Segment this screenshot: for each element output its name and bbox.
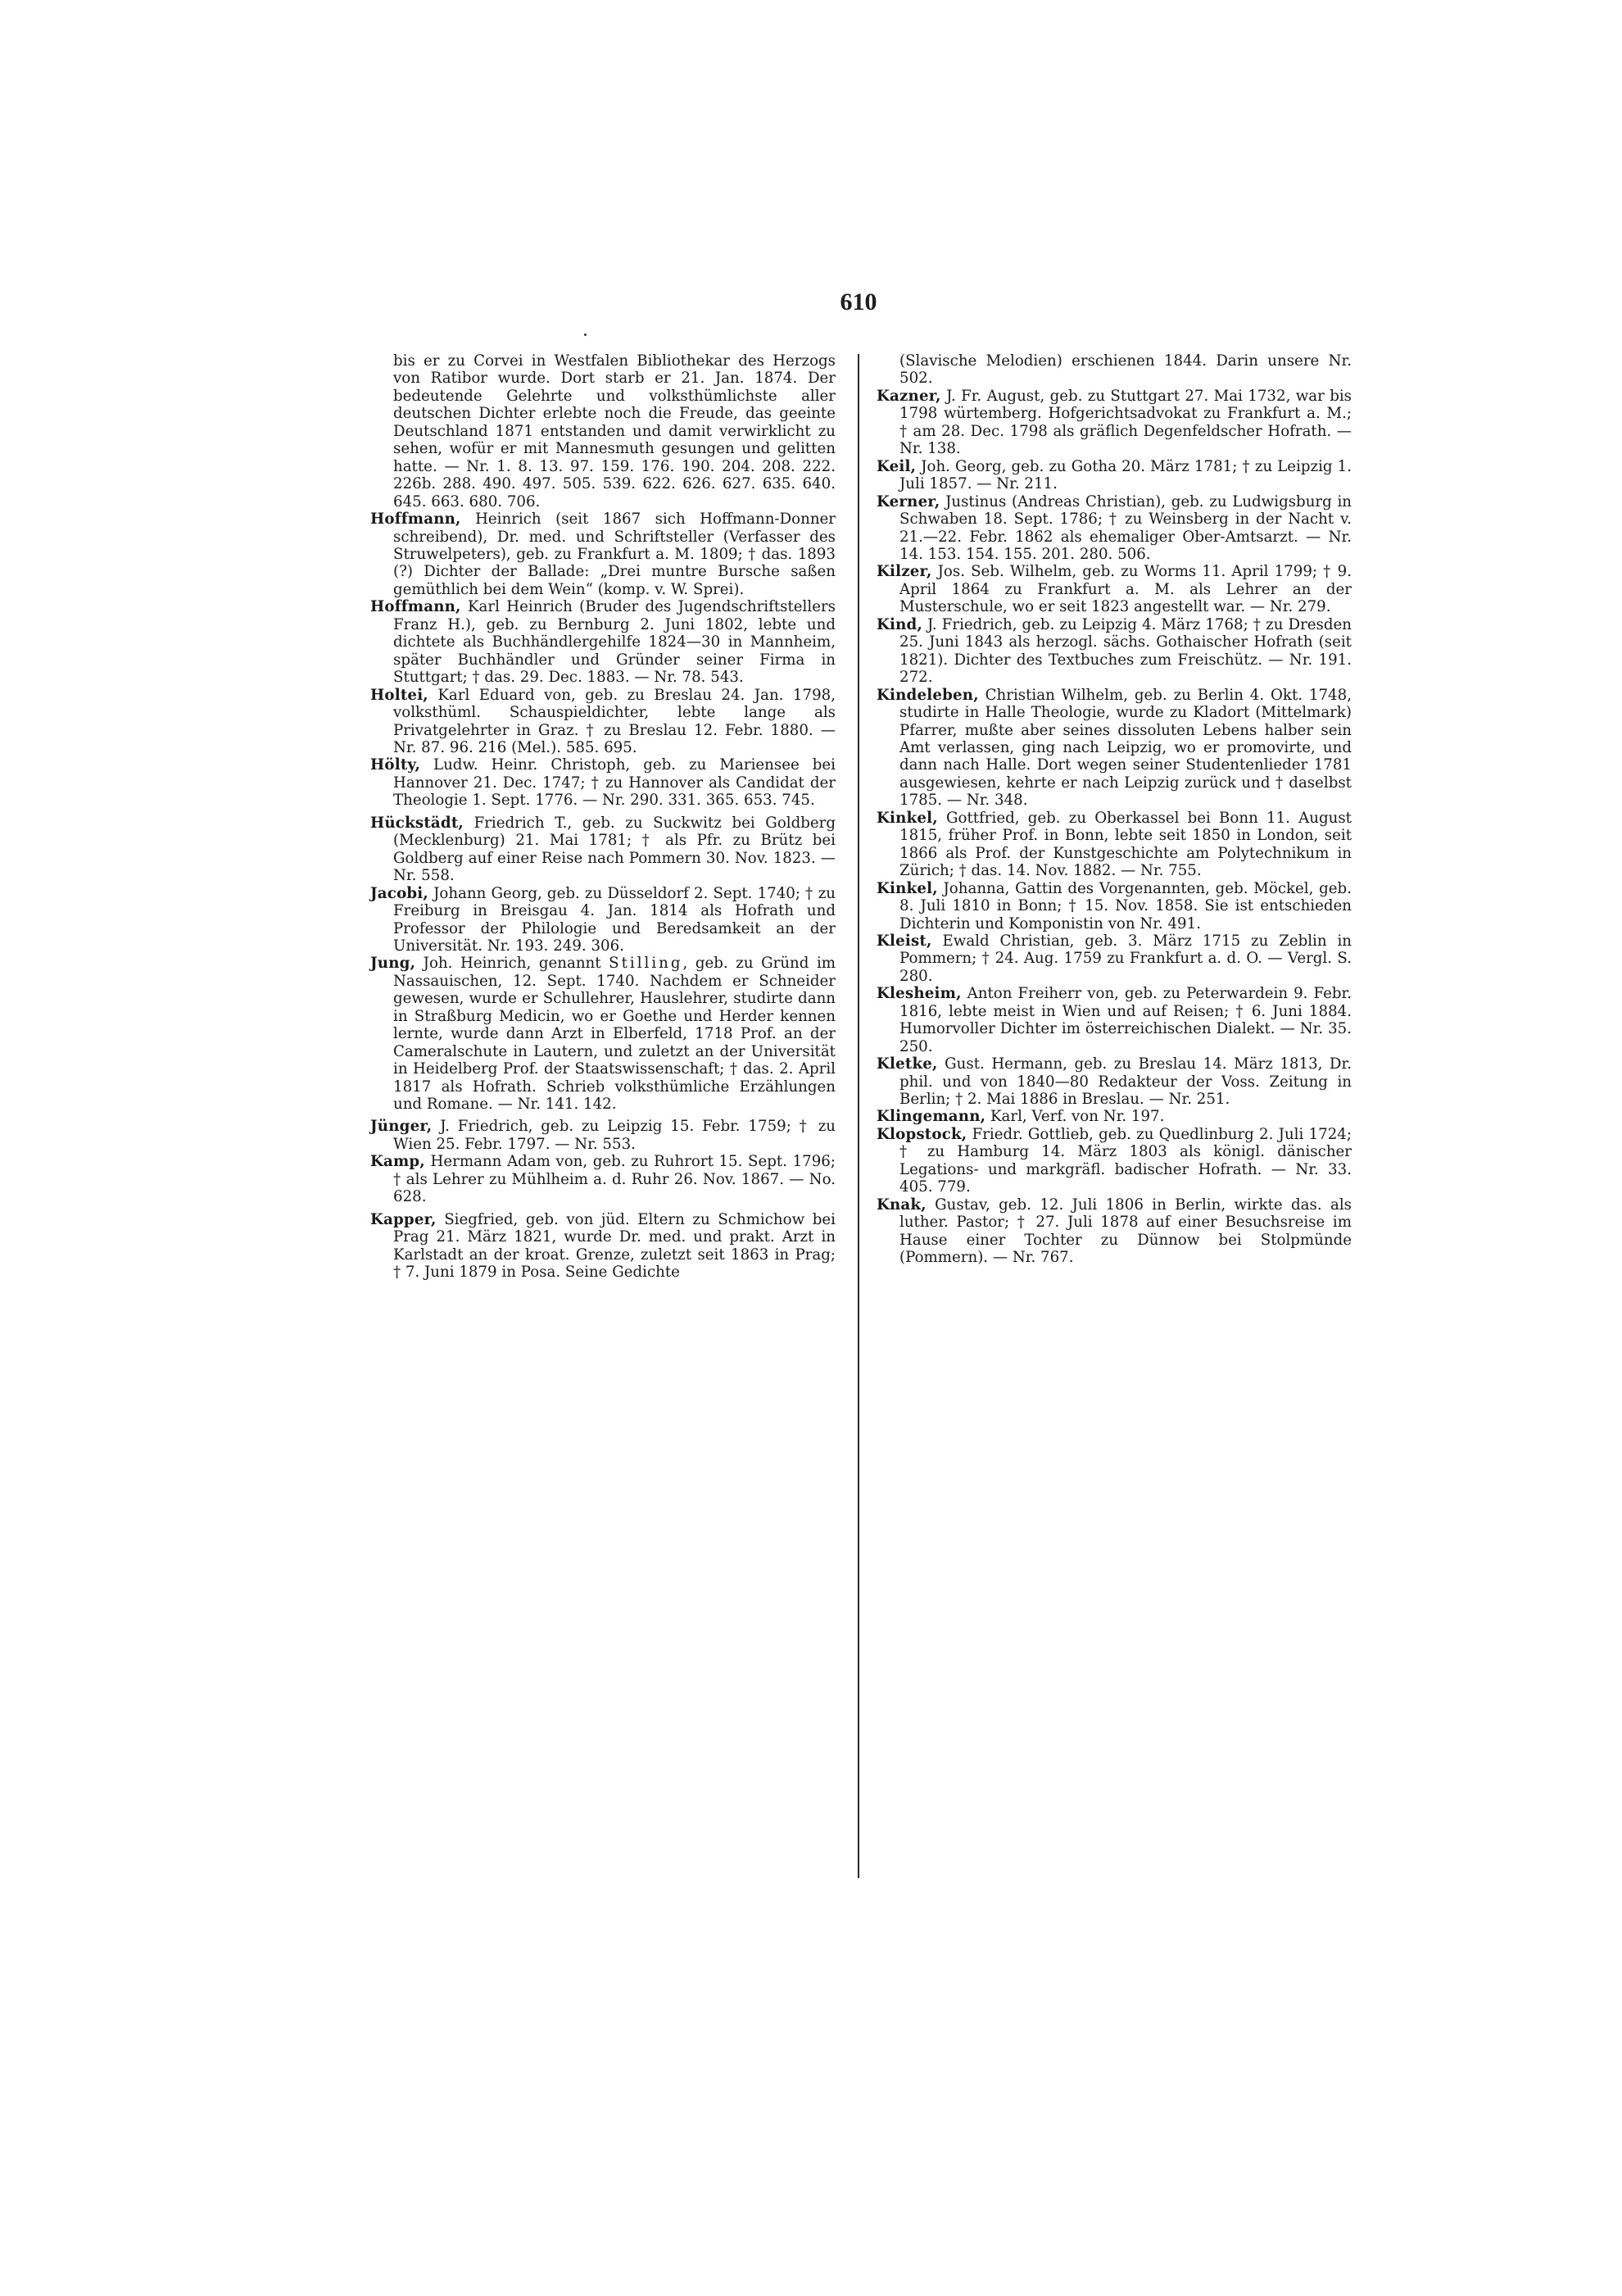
index-entry: Jünger, J. Friedrich, geb. zu Leipzig 15… (370, 1118, 836, 1153)
index-entry: Kind, J. Friedrich, geb. zu Leipzig 4. M… (877, 616, 1352, 687)
entry-text: Gust. Hermann, geb. zu Breslau 14. März … (899, 1055, 1352, 1108)
entry-text: Gustav, geb. 12. Juli 1806 in Berlin, wi… (899, 1196, 1352, 1266)
entry-name: Kerner, (877, 493, 940, 510)
entry-name: Hückstädt, (370, 814, 464, 832)
continuation-text: bis er zu Corvei in Westfalen Bibliothek… (370, 352, 836, 510)
entry-text: Ludw. Heinr. Christoph, geb. zu Mariense… (393, 756, 836, 809)
entry-text: Christian Wilhelm, geb. zu Berlin 4. Okt… (899, 687, 1352, 810)
entry-name: Kleist, (877, 932, 932, 950)
entry-text-prefix: Joh. Heinrich, genannt (424, 955, 609, 972)
index-entry: Hölty, Ludw. Heinr. Christoph, geb. zu M… (370, 756, 836, 809)
entry-name: Kinkel, (877, 880, 938, 897)
entry-text: J. Friedrich, geb. zu Leipzig 4. März 17… (899, 616, 1352, 686)
entry-name: Kindeleben, (877, 687, 979, 704)
entry-name: Kamp, (370, 1153, 425, 1170)
entry-text: J. Fr. August, geb. zu Stuttgart 27. Mai… (899, 388, 1352, 457)
index-entry: Kerner, Justinus (Andreas Christian), ge… (877, 493, 1352, 564)
index-entry: Jacobi, Johann Georg, geb. zu Düsseldorf… (370, 885, 836, 955)
right-column: (Slavische Melodien) erschienen 1844. Da… (877, 352, 1352, 1267)
index-entry: Klingemann, Karl, Verf. von Nr. 197. (877, 1108, 1352, 1125)
index-entry: Kletke, Gust. Hermann, geb. zu Breslau 1… (877, 1055, 1352, 1108)
entry-text: Ewald Christian, geb. 3. März 1715 zu Ze… (899, 932, 1352, 985)
entry-name: Hoffmann, (370, 598, 461, 615)
index-entry: Kleist, Ewald Christian, geb. 3. März 17… (877, 932, 1352, 985)
entry-name: Jung, (370, 955, 415, 972)
entry-name: Klesheim, (877, 985, 962, 1002)
entry-name: Kapper, (370, 1211, 437, 1228)
entry-text: Johann Georg, geb. zu Düsseldorf 2. Sept… (393, 885, 836, 955)
index-entry: Jung, Joh. Heinrich, genannt Stilling, g… (370, 955, 836, 1113)
entry-text: , geb. zu Gründ im Nassauischen, 12. Sep… (393, 955, 836, 1113)
page-number: 610 (834, 288, 883, 316)
entry-name: Kazner, (877, 388, 941, 405)
entry-name: Keil, (877, 458, 916, 475)
entry-name: Kilzer, (877, 563, 932, 580)
index-entry: Klesheim, Anton Freiherr von, geb. zu Pe… (877, 985, 1352, 1055)
index-entry: Hoffmann, Karl Heinrich (Bruder des Juge… (370, 598, 836, 686)
column-divider (858, 354, 859, 1878)
index-entry: Kilzer, Jos. Seb. Wilhelm, geb. zu Worms… (877, 563, 1352, 615)
entry-name: Kinkel, (877, 810, 938, 827)
index-entry: Kazner, J. Fr. August, geb. zu Stuttgart… (877, 388, 1352, 458)
entry-text-spaced: Stilling (609, 955, 682, 972)
entry-name: Klopstock, (877, 1126, 967, 1143)
entry-name: Jacobi, (370, 885, 428, 902)
left-column: bis er zu Corvei in Westfalen Bibliothek… (370, 352, 836, 1282)
entry-text: Johanna, Gattin des Vorgenannten, geb. M… (899, 880, 1352, 932)
entry-text: Gottfried, geb. zu Oberkassel bei Bonn 1… (899, 810, 1352, 879)
index-entry: Hückstädt, Friedrich T., geb. zu Suckwit… (370, 814, 836, 885)
entry-name: Jünger, (370, 1118, 432, 1135)
entry-text: Jos. Seb. Wilhelm, geb. zu Worms 11. Apr… (899, 563, 1352, 615)
index-entry: Keil, Joh. Georg, geb. zu Gotha 20. März… (877, 458, 1352, 493)
index-entry: Kapper, Siegfried, geb. von jüd. Eltern … (370, 1211, 836, 1282)
continuation-text: (Slavische Melodien) erschienen 1844. Da… (877, 352, 1352, 388)
entry-text: Friedr. Gottlieb, geb. zu Quedlinburg 2.… (899, 1126, 1352, 1196)
index-entry: Klopstock, Friedr. Gottlieb, geb. zu Que… (877, 1126, 1352, 1196)
entry-name: Hölty, (370, 756, 420, 774)
entry-name: Hoffmann, (370, 510, 461, 528)
index-entry: Kinkel, Gottfried, geb. zu Oberkassel be… (877, 810, 1352, 880)
index-entry: Hoffmann, Heinrich (seit 1867 sich Hoffm… (370, 510, 836, 598)
entry-text: Joh. Georg, geb. zu Gotha 20. März 1781;… (899, 458, 1352, 492)
index-entry: Kinkel, Johanna, Gattin des Vorgenannten… (877, 880, 1352, 932)
print-speck (584, 334, 587, 336)
index-entry: Kindeleben, Christian Wilhelm, geb. zu B… (877, 687, 1352, 810)
entry-name: Kletke, (877, 1055, 938, 1073)
entry-text: Karl Eduard von, geb. zu Breslau 24. Jan… (393, 687, 836, 756)
entry-text: Karl, Verf. von Nr. 197. (990, 1108, 1164, 1125)
entry-name: Holtei, (370, 687, 428, 704)
entry-text: J. Friedrich, geb. zu Leipzig 15. Febr. … (393, 1118, 836, 1152)
entry-name: Kind, (877, 616, 922, 633)
index-entry: Kamp, Hermann Adam von, geb. zu Ruhrort … (370, 1153, 836, 1205)
entry-name: Klingemann, (877, 1108, 985, 1125)
entry-name: Knak, (877, 1196, 927, 1214)
entry-text: Anton Freiherr von, geb. zu Peterwardein… (899, 985, 1352, 1055)
index-entry: Knak, Gustav, geb. 12. Juli 1806 in Berl… (877, 1196, 1352, 1267)
entry-text: Hermann Adam von, geb. zu Ruhrort 15. Se… (393, 1153, 836, 1205)
entry-text: Justinus (Andreas Christian), geb. zu Lu… (899, 493, 1352, 563)
index-entry: Holtei, Karl Eduard von, geb. zu Breslau… (370, 687, 836, 757)
entry-text: Siegfried, geb. von jüd. Eltern zu Schmi… (393, 1211, 836, 1281)
